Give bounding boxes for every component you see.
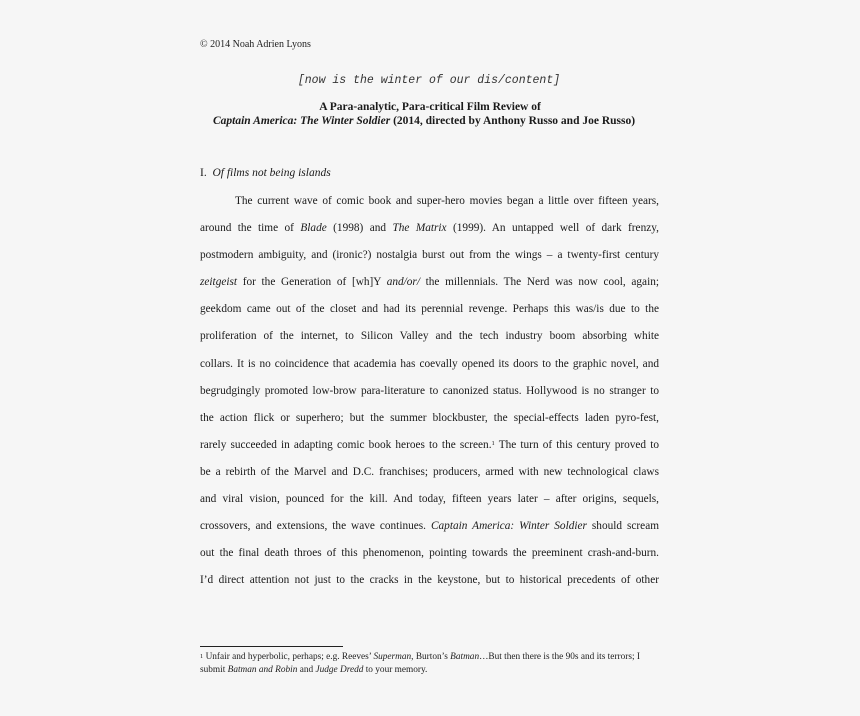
text-run: the action flick or superhero; but the s…: [200, 412, 659, 424]
body-line: and viral vision, pounced for the kill. …: [200, 491, 659, 518]
epigraph: [now is the winter of our dis/content]: [0, 74, 860, 87]
text-run: postmodern ambiguity, and (ironic?) nost…: [200, 249, 659, 261]
body-line: be a rebirth of the Marvel and D.C. fran…: [200, 464, 659, 491]
text-run: and viral vision, pounced for the kill. …: [200, 493, 659, 505]
body-line: geekdom came out of the closet and had i…: [200, 301, 659, 328]
footnote-ref: 1: [492, 440, 495, 447]
text-run: should scream: [587, 520, 659, 532]
text-run: the millennials. The Nerd was now cool, …: [420, 276, 659, 288]
text-run: (1999). An untapped well of dark frenzy,: [447, 222, 659, 234]
text-run: rarely succeeded in adapting comic book …: [200, 439, 492, 451]
body-line: around the time of Blade (1998) and The …: [200, 220, 659, 247]
body-line: the action flick or superhero; but the s…: [200, 410, 659, 437]
body-line: collars. It is no coincidence that acade…: [200, 356, 659, 383]
text-run: to your memory.: [363, 665, 427, 675]
italic-text: Captain America: Winter Soldier: [431, 520, 587, 532]
text-run: (1998) and: [327, 222, 393, 234]
italic-text: Judge Dredd: [315, 665, 363, 675]
film-credits: (2014, directed by Anthony Russo and Joe…: [390, 115, 635, 127]
text-run: , Burton’s: [411, 652, 450, 662]
body-line: The current wave of comic book and super…: [200, 193, 659, 220]
body-line: proliferation of the internet, to Silico…: [200, 328, 659, 355]
body-line: begrudgingly promoted low-brow para-lite…: [200, 383, 659, 410]
text-run: collars. It is no coincidence that acade…: [200, 358, 659, 370]
text-run: begrudgingly promoted low-brow para-lite…: [200, 385, 659, 397]
text-run: proliferation of the internet, to Silico…: [200, 330, 659, 342]
title-line-2: Captain America: The Winter Soldier (201…: [213, 115, 635, 127]
section-title: Of films not being islands: [212, 167, 330, 179]
text-run: and: [297, 665, 315, 675]
text-run: The current wave of comic book and super…: [235, 195, 659, 207]
footnote-divider: [200, 646, 343, 647]
document-page: © 2014 Noah Adrien Lyons [now is the win…: [0, 0, 860, 716]
film-title: Captain America: The Winter Soldier: [213, 115, 390, 127]
epigraph-text: [now is the winter of our dis/content]: [298, 74, 560, 87]
body-line: rarely succeeded in adapting comic book …: [200, 437, 659, 464]
text-run: crossovers, and extensions, the wave con…: [200, 520, 431, 532]
italic-text: and/or/: [387, 276, 420, 288]
text-run: for the Generation of [wh]Y: [237, 276, 387, 288]
footnote-marker: 1: [200, 653, 203, 660]
italic-text: Batman and Robin: [228, 665, 298, 675]
italic-text: The Matrix: [392, 222, 446, 234]
body-line: postmodern ambiguity, and (ironic?) nost…: [200, 247, 659, 274]
footnote: 1 Unfair and hyperbolic, perhaps; e.g. R…: [200, 651, 640, 677]
body-line: crossovers, and extensions, the wave con…: [200, 518, 659, 545]
text-run: Unfair and hyperbolic, perhaps; e.g. Ree…: [203, 652, 373, 662]
text-run: around the time of: [200, 222, 300, 234]
section-heading: I. Of films not being islands: [200, 167, 331, 179]
section-number: I.: [200, 167, 207, 179]
body-text: The current wave of comic book and super…: [200, 193, 659, 599]
body-line: out the final death throes of this pheno…: [200, 545, 659, 572]
text-run: out the final death throes of this pheno…: [200, 547, 659, 559]
title-line-1: A Para-analytic, Para-critical Film Revi…: [0, 101, 860, 113]
text-run: I’d direct attention not just to the cra…: [200, 574, 659, 586]
text-run: be a rebirth of the Marvel and D.C. fran…: [200, 466, 659, 478]
body-line: zeitgeist for the Generation of [wh]Y an…: [200, 274, 659, 301]
text-run: The turn of this century proved to: [495, 439, 659, 451]
italic-text: Superman: [373, 652, 411, 662]
italic-text: Batman: [450, 652, 479, 662]
copyright-notice: © 2014 Noah Adrien Lyons: [200, 39, 311, 50]
text-run: geekdom came out of the closet and had i…: [200, 303, 659, 315]
italic-text: Blade: [300, 222, 326, 234]
body-line: I’d direct attention not just to the cra…: [200, 572, 659, 599]
italic-text: zeitgeist: [200, 276, 237, 288]
